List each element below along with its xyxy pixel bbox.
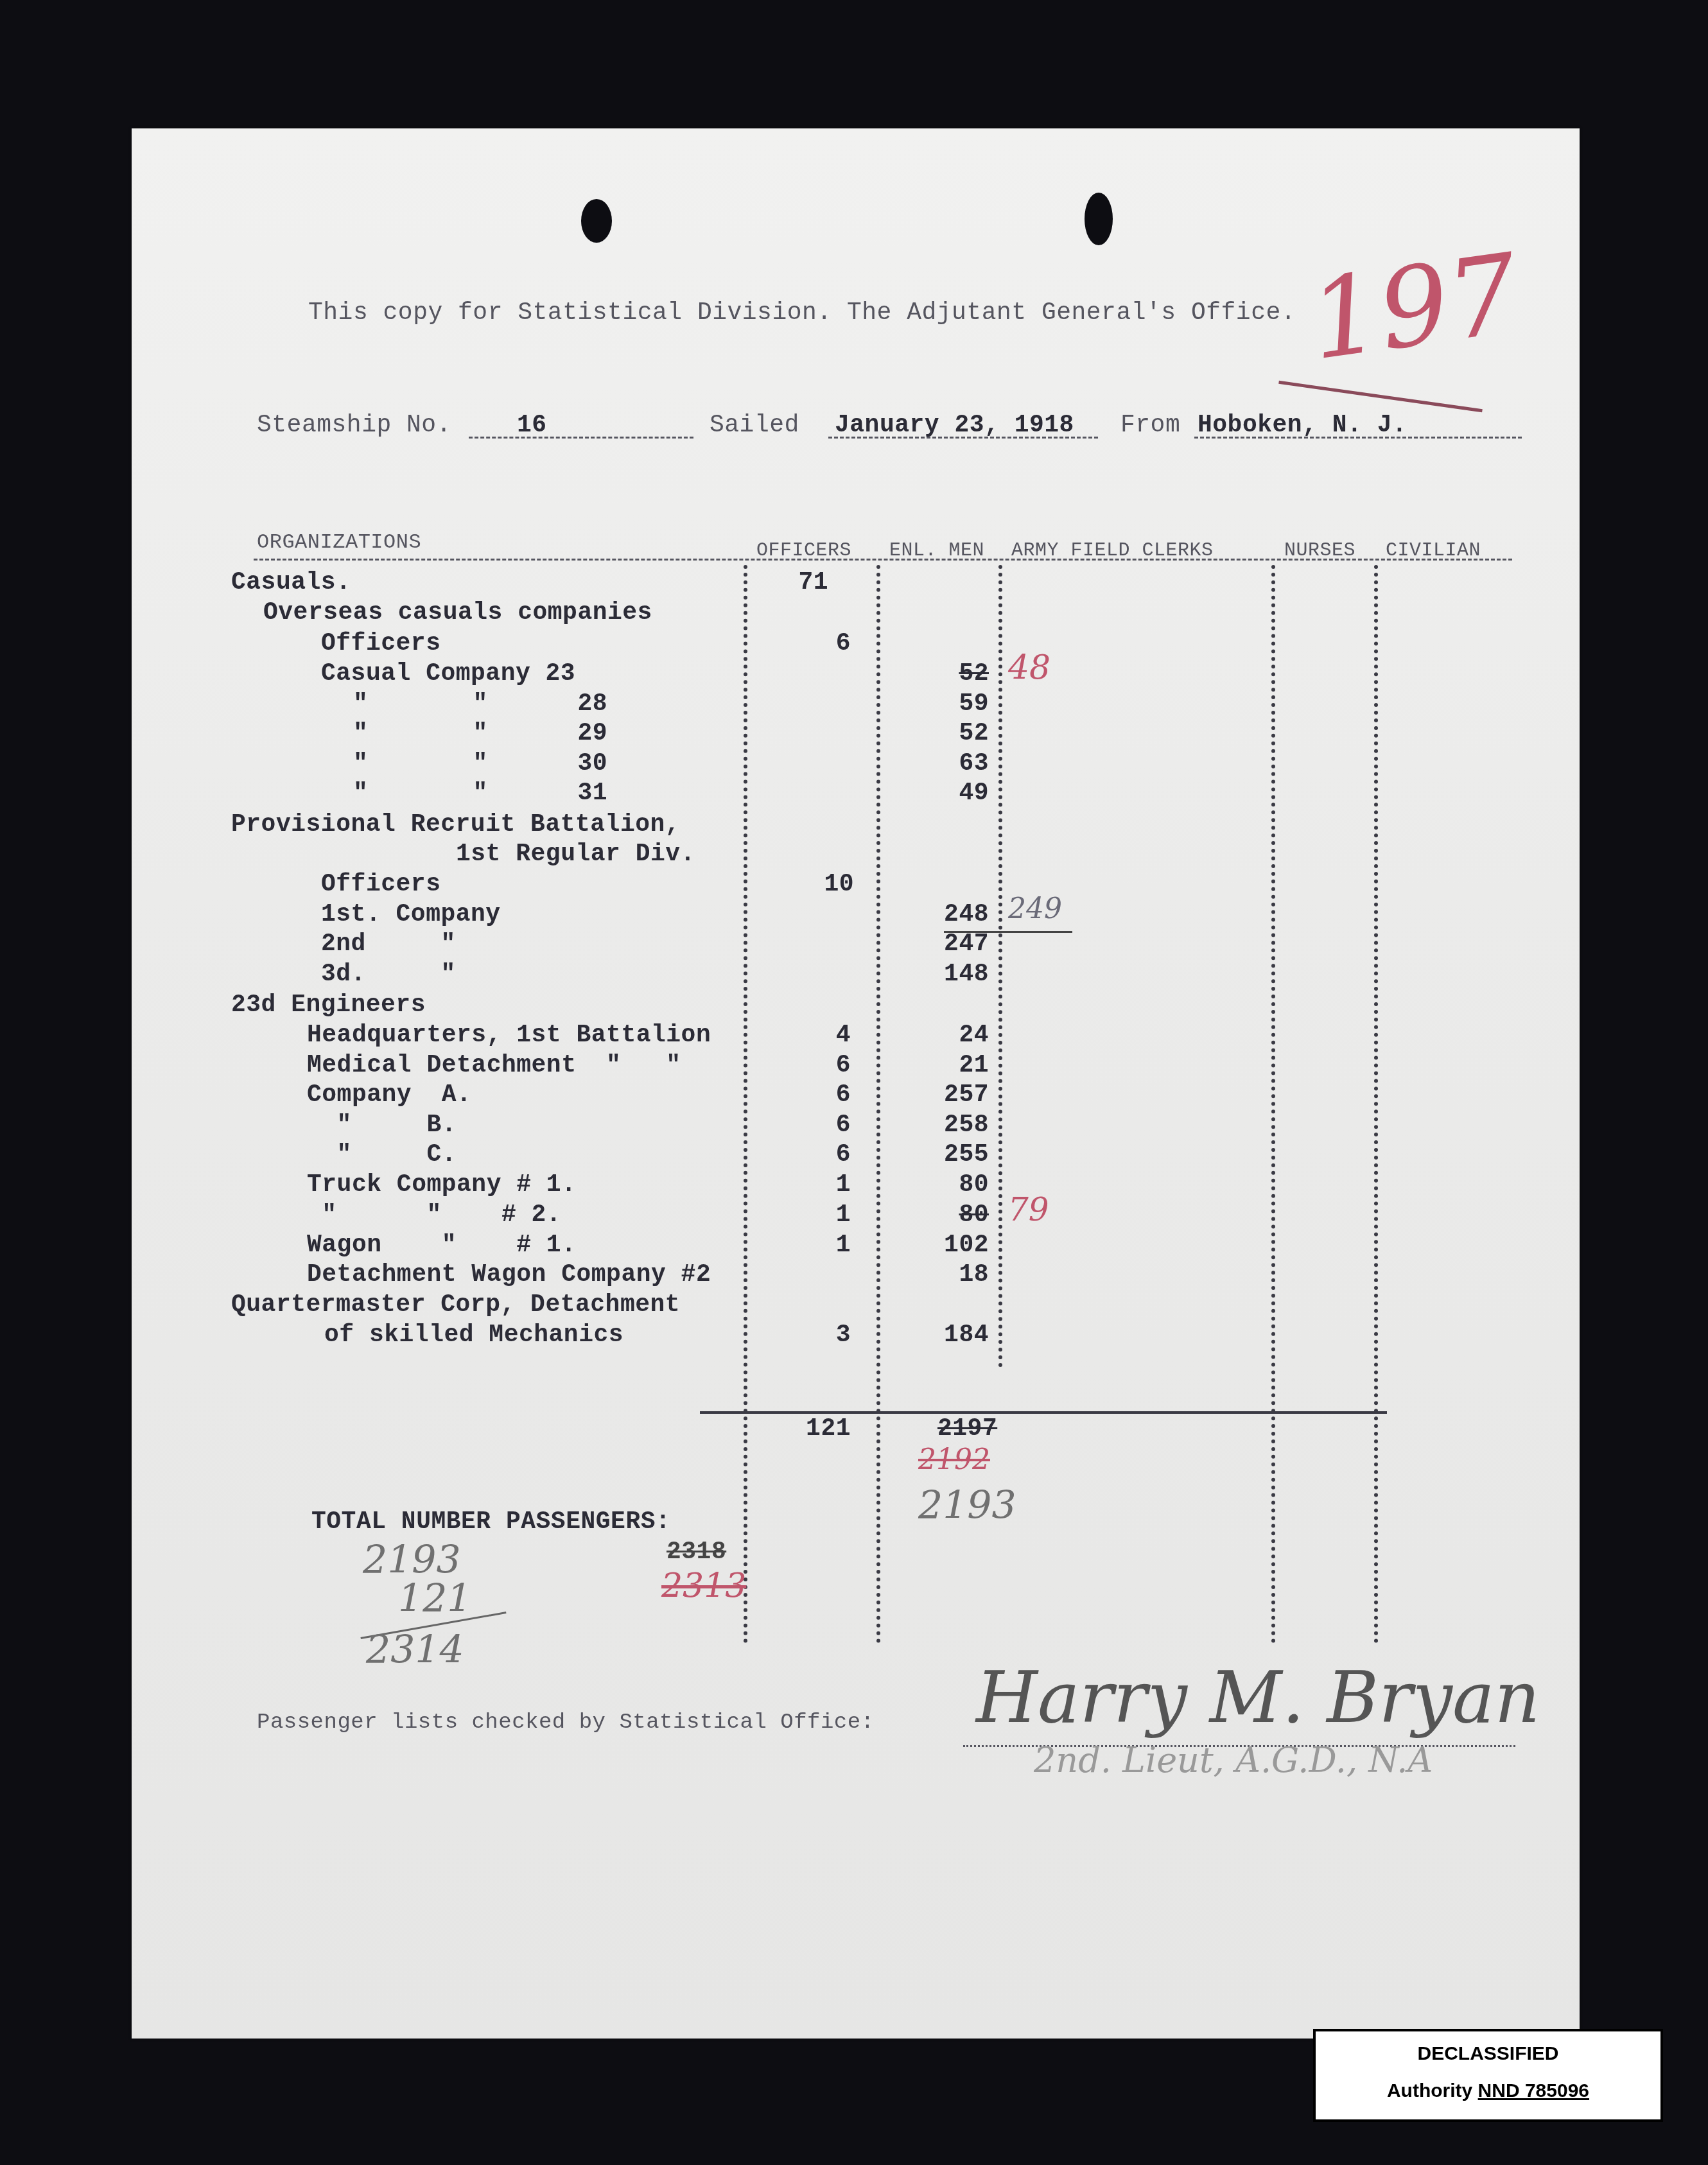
enl-men-value: 52 <box>931 719 989 749</box>
from-label: From <box>1120 411 1180 440</box>
table-row-label: Truck Company # 1. <box>307 1170 576 1200</box>
total-officers: 121 <box>793 1414 851 1444</box>
punch-hole-right <box>1085 193 1113 245</box>
officers-value: 1 <box>793 1170 851 1200</box>
officers-value: 4 <box>793 1021 851 1050</box>
steamship-label: Steamship No. <box>257 411 451 440</box>
table-row-label: " " # 2. <box>307 1201 561 1230</box>
total-enl-men-typed: 2197 <box>937 1414 995 1444</box>
table-row-label: " " 29 <box>353 719 607 749</box>
correction-annotation: 48 <box>1008 648 1050 687</box>
enl-men-value: 102 <box>931 1231 989 1260</box>
enl-men-value: 80 <box>931 1170 989 1200</box>
enl-men-value: 80 <box>931 1201 989 1230</box>
total-enl-men-final: 2193 <box>918 1483 1016 1528</box>
enl-men-value: 49 <box>931 779 989 808</box>
enl-men-value: 63 <box>931 749 989 779</box>
total-passengers-label: TOTAL NUMBER PASSENGERS: <box>311 1508 670 1537</box>
signature-name: Harry M. Bryan <box>976 1656 1540 1739</box>
col-header-civilian: CIVILIAN <box>1386 536 1481 566</box>
table-row-label: 2nd " <box>321 930 456 959</box>
table-row-label: Officers <box>321 870 440 900</box>
table-row-label: Casual Company 23 <box>321 659 575 689</box>
officers-value: 1 <box>793 1201 851 1230</box>
col-header-nurses: NURSES <box>1284 536 1355 566</box>
enl-men-value: 21 <box>931 1051 989 1081</box>
enl-men-value: 52 <box>931 659 989 689</box>
table-row-label: Wagon " # 1. <box>307 1231 576 1260</box>
officers-value: 1 <box>793 1231 851 1260</box>
stamp-authority-label: Authority <box>1387 2080 1472 2101</box>
table-row-label: Medical Detachment " " <box>307 1051 681 1081</box>
declassified-stamp: DECLASSIFIED Authority NND 785096 <box>1313 2029 1663 2122</box>
total-enl-men-correction: 2192 <box>918 1443 990 1476</box>
punch-hole-left <box>581 199 612 243</box>
enl-men-value: 248 <box>931 900 989 930</box>
stamp-authority-value: NND 785096 <box>1478 2080 1589 2101</box>
enl-men-value: 247 <box>931 930 989 959</box>
header-underline <box>254 559 1512 561</box>
officers-value: 6 <box>793 1081 851 1110</box>
from-blank <box>1194 437 1522 439</box>
officers-value: 10 <box>796 870 854 900</box>
table-row-label: 1st Regular Div. <box>456 840 695 869</box>
table-row-label: " " 30 <box>353 749 607 779</box>
table-row-label: Detachment Wagon Company #2 <box>307 1260 711 1290</box>
officers-value: 6 <box>793 629 851 659</box>
stamp-authority: Authority NND 785096 <box>1316 2080 1660 2102</box>
enl-men-value: 18 <box>931 1260 989 1290</box>
stamp-line1: DECLASSIFIED <box>1316 2043 1660 2065</box>
table-row-label: " B. <box>307 1111 457 1140</box>
col-header-organizations: ORGANIZATIONS <box>257 528 421 557</box>
sailed-label: Sailed <box>710 411 799 440</box>
officers-value: 6 <box>793 1140 851 1170</box>
table-row-label: Casuals. <box>231 568 351 598</box>
table-row-label: Provisional Recruit Battalion, <box>231 810 680 840</box>
enl-men-value: 148 <box>931 960 989 989</box>
col-header-army-field-clerks: ARMY FIELD CLERKS <box>1011 536 1214 566</box>
table-row-label: 3d. " <box>321 960 456 989</box>
totals-rule <box>700 1411 1387 1414</box>
calc-result: 2314 <box>366 1628 464 1673</box>
enl-men-value: 184 <box>931 1321 989 1350</box>
table-row-label: " " 31 <box>353 779 607 808</box>
total-passengers-correction: 2313 <box>661 1567 746 1605</box>
copy-line: This copy for Statistical Division. The … <box>308 299 1296 328</box>
enl-men-value: 255 <box>931 1140 989 1170</box>
steamship-blank <box>469 437 693 439</box>
calc-line-2: 121 <box>398 1576 472 1621</box>
officers-value: 6 <box>793 1111 851 1140</box>
signature-title: 2nd. Lieut, A.G.D., N.A <box>1034 1740 1433 1780</box>
table-row-label: Quartermaster Corp, Detachment <box>231 1291 680 1320</box>
checked-by-label: Passenger lists checked by Statistical O… <box>257 1708 875 1737</box>
enl-men-value: 24 <box>931 1021 989 1050</box>
enl-men-value: 258 <box>931 1111 989 1140</box>
table-row-label: of skilled Mechanics <box>324 1321 623 1350</box>
table-row-label: Overseas casuals companies <box>263 598 652 628</box>
enl-men-value: 59 <box>931 690 989 719</box>
sailed-blank <box>828 437 1098 439</box>
officers-value: 71 <box>771 568 828 598</box>
officers-value: 3 <box>793 1321 851 1350</box>
col-header-officers: OFFICERS <box>756 536 851 566</box>
total-passengers-typed: 2318 <box>667 1538 726 1567</box>
correction-annotation: 249 <box>1008 892 1062 925</box>
enl-men-value: 257 <box>931 1081 989 1110</box>
col-header-enl-men: ENL. MEN <box>889 536 984 566</box>
table-row-label: Officers <box>321 629 440 659</box>
table-row-label: " " 28 <box>353 690 607 719</box>
table-row-label: Headquarters, 1st Battalion <box>307 1021 711 1050</box>
table-row-label: Company A. <box>307 1081 471 1110</box>
correction-annotation: 79 <box>1008 1191 1049 1228</box>
table-row-label: 1st. Company <box>321 900 501 930</box>
table-row-label: 23d Engineers <box>231 991 426 1020</box>
officers-value: 6 <box>793 1051 851 1081</box>
table-row-label: " C. <box>307 1140 457 1170</box>
